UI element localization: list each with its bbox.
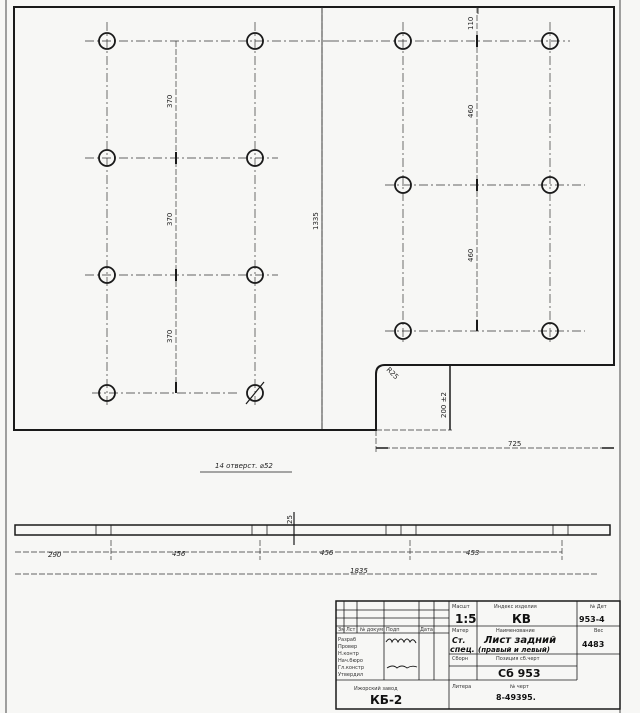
svg-text:(правый и левый): (правый и левый) <box>478 646 550 654</box>
svg-text:Лист задний: Лист задний <box>483 635 556 646</box>
svg-text:725: 725 <box>508 440 521 448</box>
svg-text:1:5: 1:5 <box>455 612 477 626</box>
svg-text:460: 460 <box>467 249 475 262</box>
svg-text:25: 25 <box>286 515 294 524</box>
svg-text:КВ: КВ <box>512 612 531 626</box>
svg-text:Ст.: Ст. <box>452 636 466 645</box>
svg-text:953-4: 953-4 <box>579 615 605 624</box>
svg-text:Масшт: Масшт <box>452 604 470 610</box>
svg-text:Матер: Матер <box>452 628 469 634</box>
svg-text:Лст: Лст <box>346 627 356 633</box>
svg-text:14 отверст. ⌀52: 14 отверст. ⌀52 <box>215 462 273 470</box>
svg-text:370: 370 <box>166 330 174 343</box>
svg-text:Вес: Вес <box>594 628 604 634</box>
svg-text:460: 460 <box>467 105 475 118</box>
svg-text:370: 370 <box>166 213 174 226</box>
svg-text:спец.: спец. <box>450 645 475 654</box>
svg-text:КБ-2: КБ-2 <box>370 693 402 707</box>
svg-text:№ Дет: № Дет <box>590 604 607 610</box>
svg-text:Дата: Дата <box>420 627 433 633</box>
sheet-background <box>0 0 640 713</box>
svg-text:8-49395.: 8-49395. <box>496 693 536 702</box>
svg-text:456: 456 <box>320 549 334 557</box>
svg-text:290: 290 <box>48 551 62 559</box>
svg-text:Индекс изделия: Индекс изделия <box>494 604 537 610</box>
technical-drawing: 370 370 370 1335 110 460 460 R25 200 ±2 … <box>0 0 640 713</box>
svg-text:110: 110 <box>467 17 475 30</box>
svg-text:456: 456 <box>172 550 186 558</box>
svg-text:Позиция сб.черт: Позиция сб.черт <box>496 656 540 662</box>
svg-text:Подп: Подп <box>386 627 400 633</box>
svg-text:1835: 1835 <box>350 567 368 575</box>
svg-text:Утвердил: Утвердил <box>338 672 363 678</box>
svg-text:Провер: Провер <box>338 644 357 650</box>
svg-text:Сборн: Сборн <box>452 656 468 662</box>
svg-text:Гл.констр: Гл.констр <box>338 665 364 671</box>
svg-text:Разраб: Разраб <box>338 637 356 643</box>
svg-text:№ черт: № черт <box>510 684 529 690</box>
svg-text:370: 370 <box>166 95 174 108</box>
svg-text:Литера: Литера <box>452 684 471 690</box>
svg-text:Нач.бюро: Нач.бюро <box>338 658 363 664</box>
svg-text:Сб 953: Сб 953 <box>498 667 541 680</box>
svg-text:1335: 1335 <box>312 212 320 230</box>
svg-text:4483: 4483 <box>582 640 604 649</box>
svg-text:Зм: Зм <box>338 627 345 633</box>
svg-text:Наименование: Наименование <box>496 628 535 634</box>
svg-text:200 ±2: 200 ±2 <box>440 392 448 418</box>
svg-text:Ижорский завод: Ижорский завод <box>354 685 398 692</box>
svg-text:453: 453 <box>466 549 479 557</box>
svg-text:Н.контр: Н.контр <box>338 651 359 657</box>
svg-text:№ докум: № докум <box>360 627 383 633</box>
